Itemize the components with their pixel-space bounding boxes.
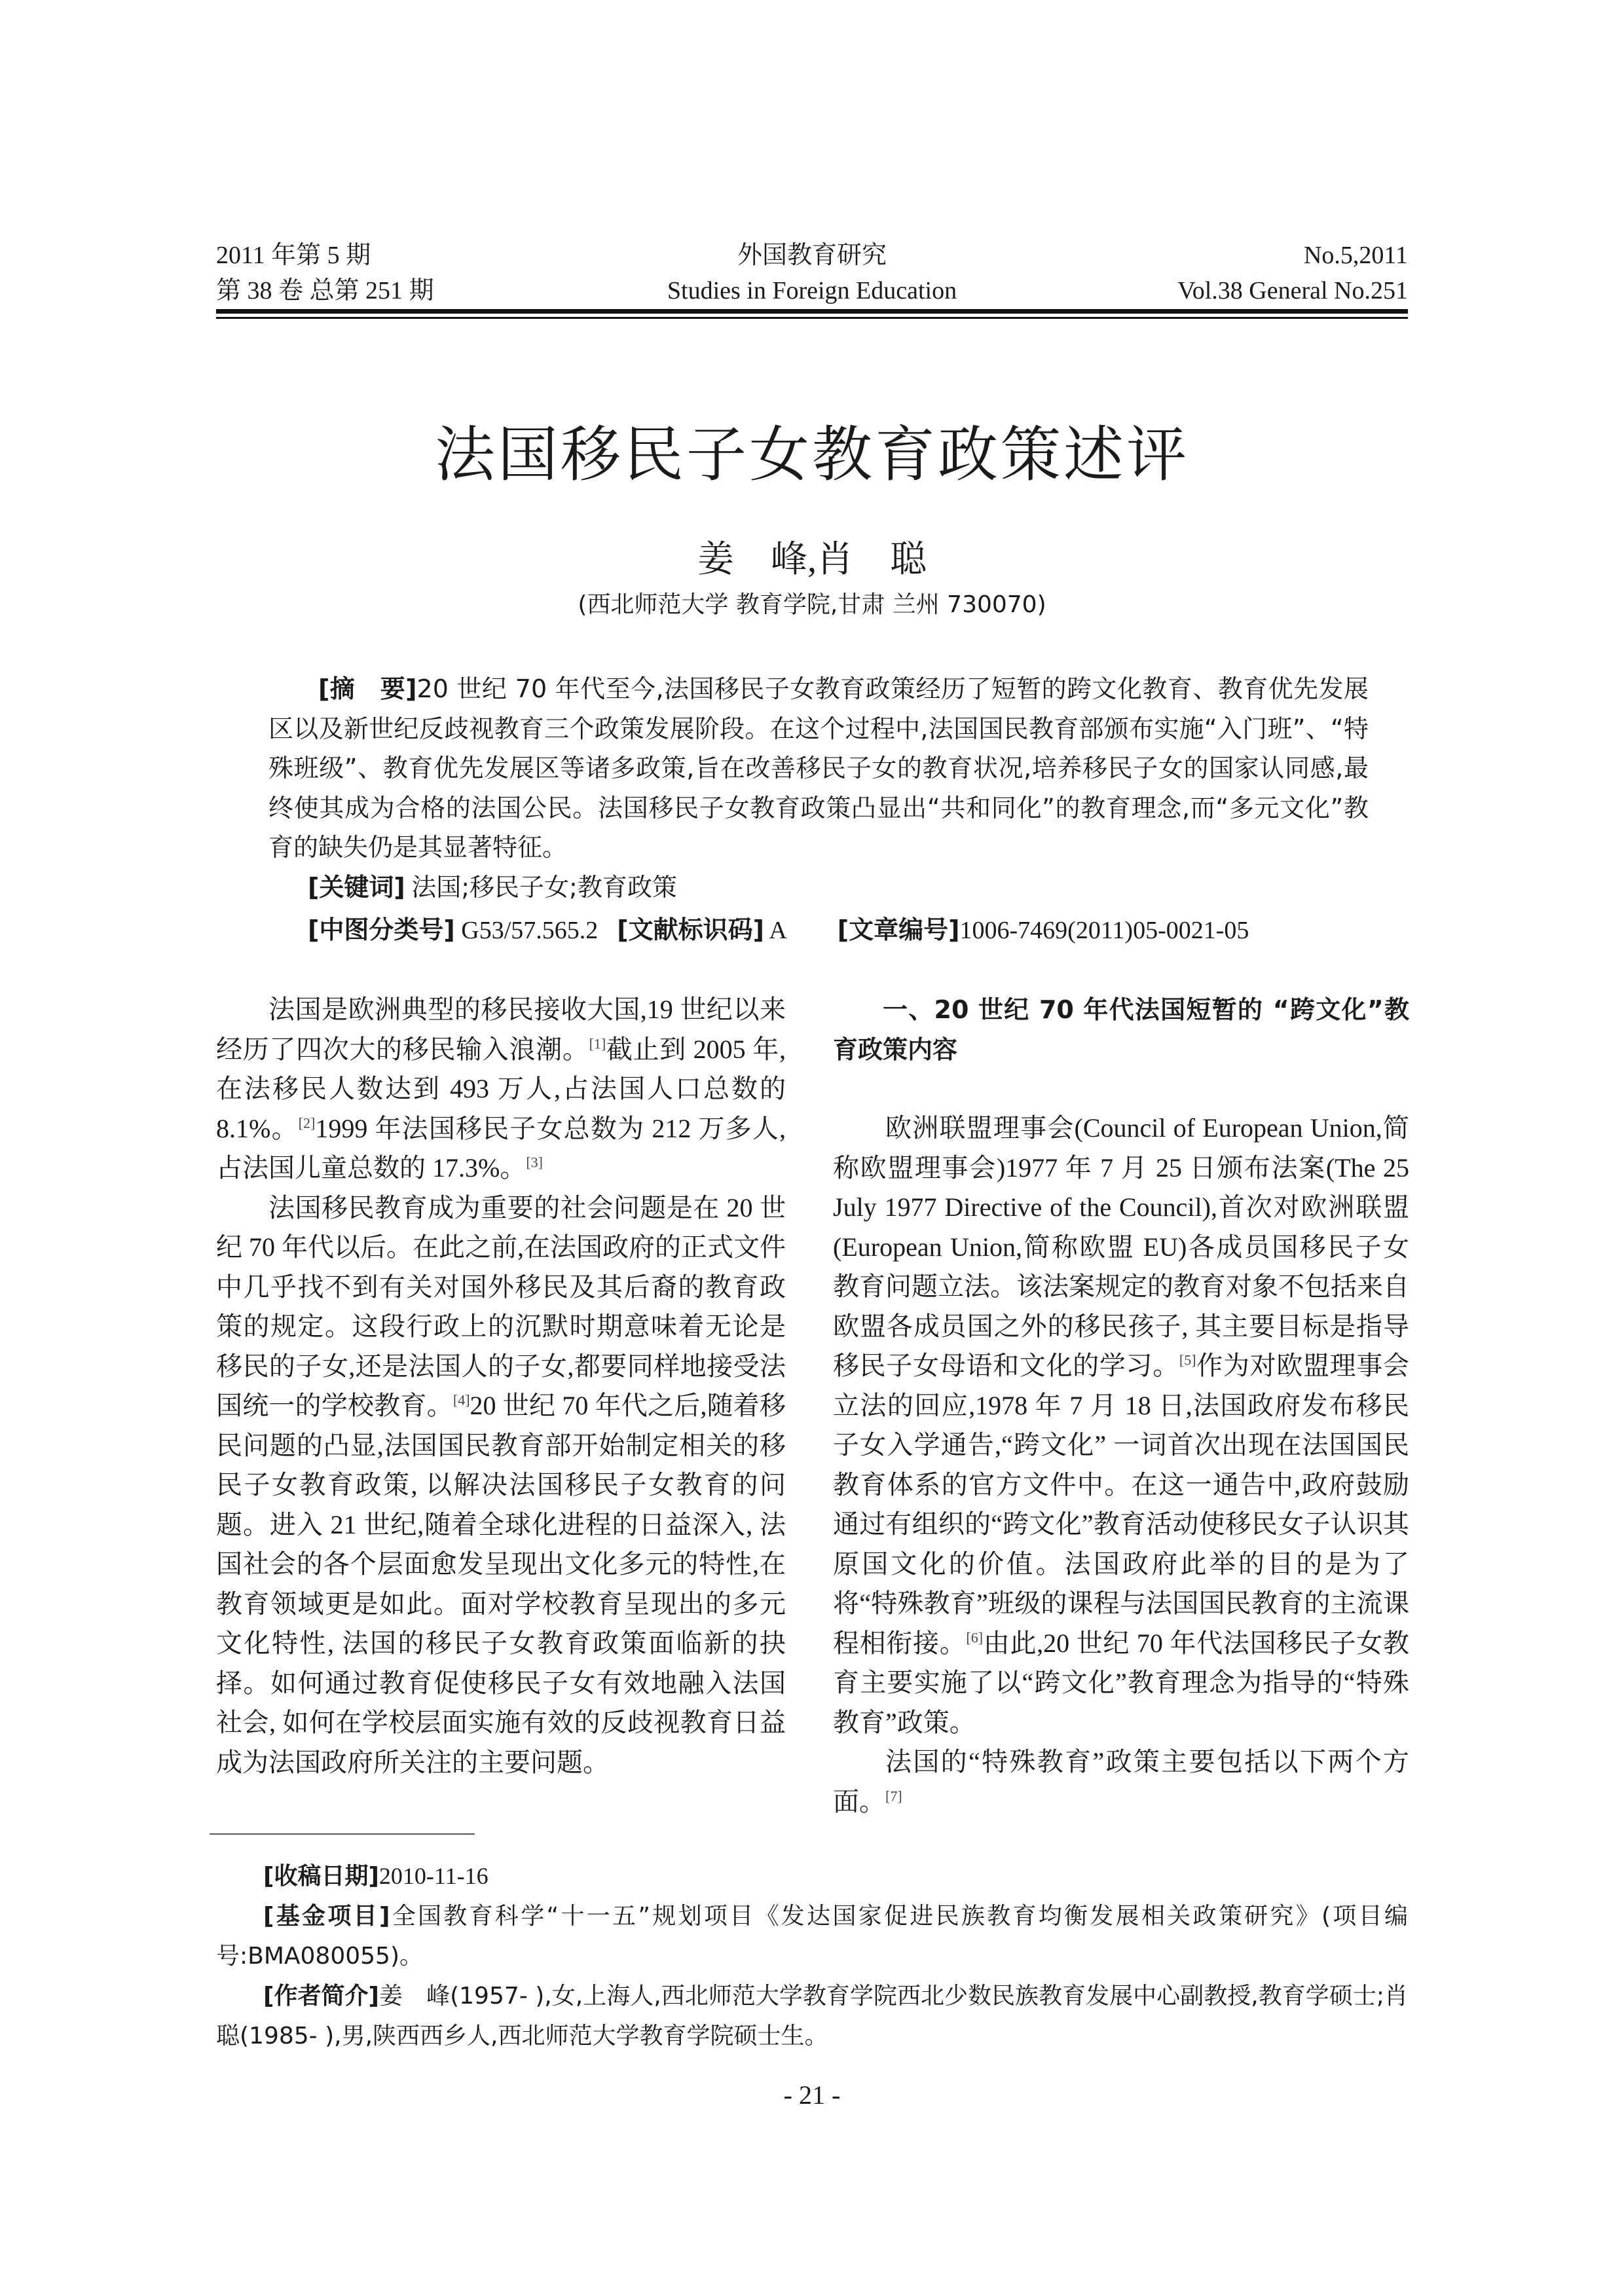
article-number-value: 1006-7469(2011)05-0021-05: [960, 917, 1249, 944]
sentence: 法国移民教育成为重要的社会问题是在 20 世纪 70 年代以后。在此之前,在法国…: [216, 1193, 786, 1421]
received-value: 2010-11-16: [379, 1863, 489, 1889]
sentence: 法国的“特殊教育”政策主要包括以下两个方面。: [833, 1747, 1409, 1816]
doc-code-label: [文献标识码]: [617, 915, 764, 944]
fund-label: [基金项目]: [263, 1903, 390, 1930]
section-heading: 一、20 世纪 70 年代法国短暂的 “跨文化”教育政策内容: [833, 990, 1409, 1069]
paragraph: 法国移民教育成为重要的社会问题是在 20 世纪 70 年代以后。在此之前,在法国…: [216, 1188, 786, 1783]
article-title: 法国移民子女教育政策述评: [0, 419, 1624, 491]
article-affiliation: (西北师范大学 教育学院,甘肃 兰州 730070): [0, 589, 1624, 621]
paragraph: 欧洲联盟理事会(Council of European Union,简称欧盟理事…: [833, 1109, 1409, 1742]
citation-ref[interactable]: [4]: [453, 1392, 470, 1408]
paragraph: 法国是欧洲典型的移民接收大国,19 世纪以来经历了四次大的移民输入浪潮。[1]截…: [216, 990, 786, 1188]
keywords-label: [关键词]: [308, 873, 405, 902]
classification-line: [中图分类号] G53/57.565.2 [文献标识码] A [文章编号]100…: [308, 910, 1249, 950]
citation-ref[interactable]: [1]: [589, 1035, 606, 1052]
paragraph: 法国的“特殊教育”政策主要包括以下两个方面。[7]: [833, 1742, 1409, 1822]
header-rule-thick: [216, 309, 1408, 314]
doc-code-value: A: [769, 917, 785, 944]
abstract: [摘 要]20 世纪 70 年代至今,法国移民子女教育政策经历了短暂的跨文化教育…: [268, 669, 1369, 868]
clc-label: [中图分类号]: [308, 915, 455, 944]
author-bio-value: 姜 峰(1957- ),女,上海人,西北师范大学教育学院西北少数民族教育发展中心…: [216, 1983, 1431, 2049]
keywords-value: 法国;移民子女;教育政策: [411, 873, 677, 902]
fund-value: 全国教育科学“十一五”规划项目《发达国家促进民族教育均衡发展相关政策研究》(项目…: [216, 1903, 1408, 1970]
page-number: - 21 -: [0, 2079, 1624, 2112]
citation-ref[interactable]: [5]: [1179, 1352, 1196, 1368]
abstract-label: [摘 要]: [318, 674, 417, 703]
footnotes: [收稿日期]2010-11-16 [基金项目]全国教育科学“十一五”规划项目《发…: [216, 1856, 1408, 2056]
citation-ref[interactable]: [6]: [966, 1629, 983, 1645]
citation-ref[interactable]: [2]: [299, 1114, 316, 1131]
header-issue-en: No.5,2011: [1304, 240, 1408, 271]
footnote-author: [作者简介]姜 峰(1957- ),女,上海人,西北师范大学教育学院西北少数民族…: [216, 1976, 1408, 2056]
keywords-line: [关键词] 法国;移民子女;教育政策: [308, 868, 677, 908]
body-right-column: 一、20 世纪 70 年代法国短暂的 “跨文化”教育政策内容 欧洲联盟理事会(C…: [833, 990, 1409, 1822]
section-spacer: [833, 1069, 1409, 1109]
sentence: 欧洲联盟理事会(Council of European Union,简称欧盟理事…: [833, 1113, 1409, 1380]
footnote-rule: [210, 1833, 475, 1835]
citation-ref[interactable]: [7]: [885, 1788, 902, 1804]
body-left-column: 法国是欧洲典型的移民接收大国,19 世纪以来经历了四次大的移民输入浪潮。[1]截…: [216, 990, 786, 1782]
abstract-text: 20 世纪 70 年代至今,法国移民子女教育政策经历了短暂的跨文化教育、教育优先…: [268, 674, 1369, 862]
footnote-received: [收稿日期]2010-11-16: [216, 1856, 1408, 1896]
footnote-fund: [基金项目]全国教育科学“十一五”规划项目《发达国家促进民族教育均衡发展相关政策…: [216, 1896, 1408, 1976]
sentence: 20 世纪 70 年代之后,随着移民问题的凸显,法国国民教育部开始制定相关的移民…: [216, 1391, 786, 1777]
citation-ref[interactable]: [3]: [526, 1154, 543, 1171]
header-volume-en: Vol.38 General No.251: [1177, 275, 1408, 306]
sentence: 作为对欧盟理事会立法的回应,1978 年 7 月 18 日,法国政府发布移民子女…: [833, 1351, 1409, 1658]
received-label: [收稿日期]: [263, 1863, 379, 1890]
article-number-label: [文章编号]: [838, 915, 960, 944]
author-bio-label: [作者简介]: [263, 1983, 379, 2010]
article-authors: 姜 峰,肖 聪: [0, 537, 1624, 583]
clc-value: G53/57.565.2: [461, 917, 598, 944]
header-rule-thin: [216, 317, 1408, 319]
